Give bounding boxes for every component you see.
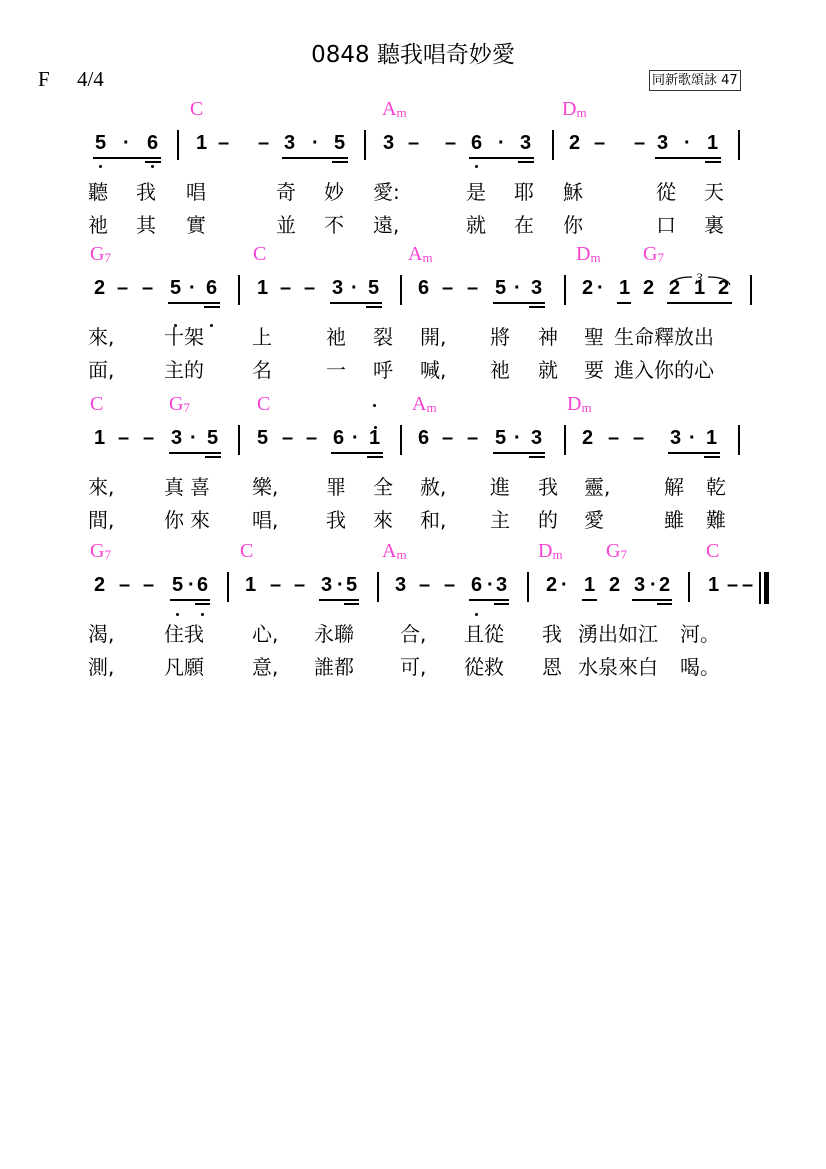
chord-symbol: Am — [412, 393, 437, 416]
lyric-2: 可, — [400, 651, 426, 680]
note: 5 — [334, 132, 345, 155]
note: – — [742, 574, 753, 597]
note: · — [597, 277, 604, 300]
note: 6 — [418, 277, 429, 300]
lyric-2: 進入你的心 — [614, 354, 714, 383]
lyric-1: 聽 — [88, 176, 108, 205]
note: 1 — [94, 427, 105, 450]
lyric-1: 將 — [490, 321, 510, 350]
lyric-2: 凡願 — [164, 651, 204, 680]
note: – — [143, 427, 154, 450]
note: 5 — [368, 277, 379, 300]
lyric-1: 神 — [538, 321, 558, 350]
chord-symbol: G7 — [169, 393, 190, 416]
note: · — [498, 132, 505, 155]
note: 1 — [369, 427, 380, 450]
lyric-2: 雖 — [664, 504, 684, 533]
note: 5 — [170, 277, 181, 300]
lyric-2: 裏 — [704, 209, 724, 238]
lyric-1: 解 — [664, 471, 684, 500]
note: – — [727, 574, 738, 597]
beam-underline — [657, 603, 672, 605]
lyric-2: 恩 — [542, 651, 562, 680]
lyric-1: 我 — [542, 618, 562, 647]
lyric-1: 渴, — [88, 618, 114, 647]
beam-underline — [366, 306, 382, 308]
note: · — [514, 427, 521, 450]
note: 6 — [418, 427, 429, 450]
note: – — [634, 132, 645, 155]
beam-underline — [367, 456, 383, 458]
lyric-1: 來, — [88, 471, 114, 500]
beam-underline — [469, 599, 509, 601]
note: · — [123, 132, 130, 155]
barline — [238, 275, 240, 305]
note: – — [445, 132, 456, 155]
lyric-2: 誰都 — [314, 651, 354, 680]
chord-symbol: C — [706, 540, 719, 563]
note: – — [304, 277, 315, 300]
lyric-1: 耶 — [514, 176, 534, 205]
beam-underline — [282, 157, 348, 159]
beam-underline — [344, 603, 359, 605]
beam-underline — [168, 302, 220, 304]
lyric-1: 聖 — [584, 321, 604, 350]
note: – — [280, 277, 291, 300]
barline — [400, 425, 402, 455]
key-signature: F 4/4 — [38, 67, 126, 92]
note: 3 — [531, 427, 542, 450]
note: – — [142, 277, 153, 300]
note: 3 — [657, 132, 668, 155]
note: – — [117, 277, 128, 300]
chord-symbol: Am — [382, 540, 407, 563]
note: · — [689, 427, 696, 450]
chord-symbol: Dm — [538, 540, 563, 563]
lyric-2: 遠, — [373, 209, 399, 238]
lyric-2: 就 — [466, 209, 486, 238]
note: 6 — [147, 132, 158, 155]
note: 1 — [706, 427, 717, 450]
lyric-2: 呼 — [373, 354, 393, 383]
note: 3 — [383, 132, 394, 155]
lyric-2: 從救 — [464, 651, 504, 680]
beam-underline — [494, 603, 509, 605]
note: · — [351, 277, 358, 300]
barline — [238, 425, 240, 455]
beam-underline — [667, 302, 732, 304]
lyric-2: 我 — [326, 504, 346, 533]
chord-symbol: C — [90, 393, 103, 416]
note: · — [684, 132, 691, 155]
note: – — [419, 574, 430, 597]
note: 3 — [670, 427, 681, 450]
chord-symbol: Am — [408, 243, 433, 266]
note: 2 — [643, 277, 654, 300]
chord-symbol: G7 — [90, 243, 111, 266]
lyric-2: 祂 — [88, 209, 108, 238]
lyric-1: 天 — [704, 176, 724, 205]
lyric-1: 開, — [420, 321, 446, 350]
note: 2 — [582, 427, 593, 450]
lyric-1: 愛: — [373, 176, 400, 205]
note: 3 — [520, 132, 531, 155]
lyric-1: 上 — [252, 321, 272, 350]
lyric-2: 測, — [88, 651, 114, 680]
note: 5 — [172, 574, 183, 597]
beam-underline — [668, 452, 720, 454]
note: 2 — [94, 277, 105, 300]
note: – — [408, 132, 419, 155]
note: – — [119, 574, 130, 597]
note: – — [442, 277, 453, 300]
chord-symbol: G7 — [606, 540, 627, 563]
low-octave-dot — [475, 165, 478, 168]
lyric-1: 全 — [373, 471, 393, 500]
note: 3 — [171, 427, 182, 450]
chord-symbol: Am — [382, 98, 407, 121]
note: 3 — [531, 277, 542, 300]
chord-symbol: C — [253, 243, 266, 266]
final-barline-thin — [759, 572, 761, 604]
lyric-1: 靈, — [584, 471, 610, 500]
note: 1 — [196, 132, 207, 155]
low-octave-dot — [201, 613, 204, 616]
note: 3 — [634, 574, 645, 597]
beam-underline — [93, 157, 161, 159]
note: · — [188, 574, 195, 597]
lyric-2: 唱, — [252, 504, 278, 533]
note: – — [282, 427, 293, 450]
lyric-2: 名 — [252, 354, 272, 383]
chord-symbol: Dm — [576, 243, 601, 266]
note: – — [594, 132, 605, 155]
low-octave-dot — [210, 324, 213, 327]
time-signature: 4/4 — [77, 67, 104, 91]
beam-underline — [169, 452, 221, 454]
barline — [377, 572, 379, 602]
note: · — [190, 427, 197, 450]
lyric-2: 就 — [538, 354, 558, 383]
hymnal-source: 同新歌頌詠 47 — [649, 70, 741, 91]
note: – — [442, 427, 453, 450]
beam-underline — [582, 599, 597, 601]
note: 2 — [659, 574, 670, 597]
note: · — [352, 427, 359, 450]
lyric-2: 並 — [276, 209, 296, 238]
beam-underline — [655, 157, 721, 159]
beam-underline — [469, 157, 534, 159]
barline — [552, 130, 554, 160]
lyric-2: 口 — [656, 209, 676, 238]
lyric-1: 十架 — [164, 321, 204, 350]
low-octave-dot — [475, 613, 478, 616]
note: 1 — [584, 574, 595, 597]
beam-underline — [331, 452, 383, 454]
chord-symbol: G7 — [90, 540, 111, 563]
lyric-2: 主的 — [164, 354, 204, 383]
note: 3 — [284, 132, 295, 155]
lyric-2: 來 — [373, 504, 393, 533]
lyric-1: 裂 — [373, 321, 393, 350]
lyric-2: 一 — [326, 354, 346, 383]
lyric-1: 我 — [136, 176, 156, 205]
note: – — [294, 574, 305, 597]
note: 3 — [332, 277, 343, 300]
lyric-2: 你 — [164, 504, 184, 533]
lyric-1: 來, — [88, 321, 114, 350]
note: 2 — [569, 132, 580, 155]
lyric-1: 穌 — [563, 176, 583, 205]
note: – — [467, 427, 478, 450]
lyric-2: 和, — [420, 504, 446, 533]
low-octave-dot — [151, 165, 154, 168]
lyric-1: 樂, — [252, 471, 278, 500]
lyric-1: 是 — [466, 176, 486, 205]
barline — [177, 130, 179, 160]
note: – — [118, 427, 129, 450]
lyric-1: 妙 — [324, 176, 344, 205]
lyric-2: 喝。 — [680, 651, 720, 680]
note: · — [312, 132, 319, 155]
note: · — [189, 277, 196, 300]
note: 1 — [708, 574, 719, 597]
note: · — [487, 574, 494, 597]
lyric-1: 合, — [400, 618, 426, 647]
chord-symbol: C — [190, 98, 203, 121]
note: 5 — [257, 427, 268, 450]
lyric-2: 實 — [186, 209, 206, 238]
lyric-1: 且從 — [464, 618, 504, 647]
barline — [400, 275, 402, 305]
beam-underline — [330, 302, 382, 304]
barline — [527, 572, 529, 602]
beam-underline — [518, 161, 534, 163]
note: 3 — [395, 574, 406, 597]
note: – — [306, 427, 317, 450]
lyric-2: 面, — [88, 354, 114, 383]
lyric-2: 你 — [563, 209, 583, 238]
note: 1 — [245, 574, 256, 597]
note: – — [467, 277, 478, 300]
lyric-2: 間, — [88, 504, 114, 533]
lyric-1: 奇 — [276, 176, 296, 205]
note: – — [270, 574, 281, 597]
beam-underline — [195, 603, 210, 605]
lyric-1: 永聯 — [314, 618, 354, 647]
note: 6 — [206, 277, 217, 300]
triplet-bracket — [669, 274, 731, 286]
beam-underline — [170, 599, 210, 601]
beam-underline — [332, 161, 348, 163]
note: – — [608, 427, 619, 450]
note: 2 — [94, 574, 105, 597]
lyric-2: 愛 — [584, 504, 604, 533]
barline — [738, 130, 740, 160]
lyric-2: 其 — [136, 209, 156, 238]
lyric-2: 水泉來白 — [578, 651, 658, 680]
barline — [564, 275, 566, 305]
chord-symbol: C — [257, 393, 270, 416]
song-title: 0848 聽我唱奇妙愛 — [0, 36, 826, 69]
barline — [364, 130, 366, 160]
beam-underline — [493, 452, 545, 454]
note: 2 — [546, 574, 557, 597]
note: 6 — [333, 427, 344, 450]
low-octave-dot — [176, 613, 179, 616]
note: 2 — [582, 277, 593, 300]
lyric-1: 生命釋放出 — [614, 321, 714, 350]
note: · — [514, 277, 521, 300]
beam-underline — [704, 456, 720, 458]
note: 3 — [321, 574, 332, 597]
lyric-2: 在 — [514, 209, 534, 238]
beam-underline — [145, 161, 161, 163]
barline — [738, 425, 740, 455]
beam-underline — [493, 302, 545, 304]
lyric-1: 從 — [656, 176, 676, 205]
barline — [564, 425, 566, 455]
note: – — [633, 427, 644, 450]
lyric-1: 乾 — [706, 471, 726, 500]
beam-underline — [617, 302, 631, 304]
key: F — [38, 67, 50, 91]
low-octave-dot — [99, 165, 102, 168]
note: 1 — [707, 132, 718, 155]
note: 1 — [257, 277, 268, 300]
note: 6 — [471, 574, 482, 597]
chord-symbol: C — [240, 540, 253, 563]
lyric-1: 喜 — [190, 471, 210, 500]
lyric-2: 喊, — [420, 354, 446, 383]
barline — [227, 572, 229, 602]
lyric-1: 我 — [538, 471, 558, 500]
lyric-1: 心, — [252, 618, 278, 647]
beam-underline — [705, 161, 721, 163]
note: · — [337, 574, 344, 597]
note: · — [561, 574, 568, 597]
beam-underline — [529, 306, 545, 308]
lyric-2: 難 — [706, 504, 726, 533]
lyric-1: 罪 — [326, 471, 346, 500]
beam-underline — [319, 599, 359, 601]
note: 6 — [471, 132, 482, 155]
lyric-2: 主 — [490, 504, 510, 533]
note: 2 — [609, 574, 620, 597]
note: 5 — [495, 277, 506, 300]
note: 6 — [197, 574, 208, 597]
lyric-2: 的 — [538, 504, 558, 533]
note: · — [650, 574, 657, 597]
note: 5 — [346, 574, 357, 597]
lyric-1: 真 — [164, 471, 184, 500]
lyric-2: 不 — [324, 209, 344, 238]
barline — [688, 572, 690, 602]
lyric-1: 河。 — [680, 618, 720, 647]
lyric-1: 祂 — [326, 321, 346, 350]
final-barline-thick — [764, 572, 769, 604]
note: – — [444, 574, 455, 597]
beam-underline — [205, 456, 221, 458]
lyric-1: 赦, — [420, 471, 446, 500]
lyric-1: 唱 — [186, 176, 206, 205]
beam-underline — [204, 306, 220, 308]
lyric-2: 要 — [584, 354, 604, 383]
lyric-1: 住我 — [164, 618, 204, 647]
beam-underline — [529, 456, 545, 458]
barline — [750, 275, 752, 305]
note: – — [258, 132, 269, 155]
lyric-1: 進 — [490, 471, 510, 500]
note: 5 — [495, 427, 506, 450]
lyric-2: 來 — [190, 504, 210, 533]
note: 3 — [496, 574, 507, 597]
beam-underline — [632, 599, 672, 601]
low-octave-dot — [373, 404, 376, 407]
chord-symbol: Dm — [567, 393, 592, 416]
note: 5 — [95, 132, 106, 155]
note: 5 — [207, 427, 218, 450]
chord-symbol: G7 — [643, 243, 664, 266]
note: – — [218, 132, 229, 155]
chord-symbol: Dm — [562, 98, 587, 121]
lyric-1: 湧出如江 — [578, 618, 658, 647]
lyric-2: 祂 — [490, 354, 510, 383]
note: – — [143, 574, 154, 597]
lyric-2: 意, — [252, 651, 278, 680]
note: 1 — [619, 277, 630, 300]
